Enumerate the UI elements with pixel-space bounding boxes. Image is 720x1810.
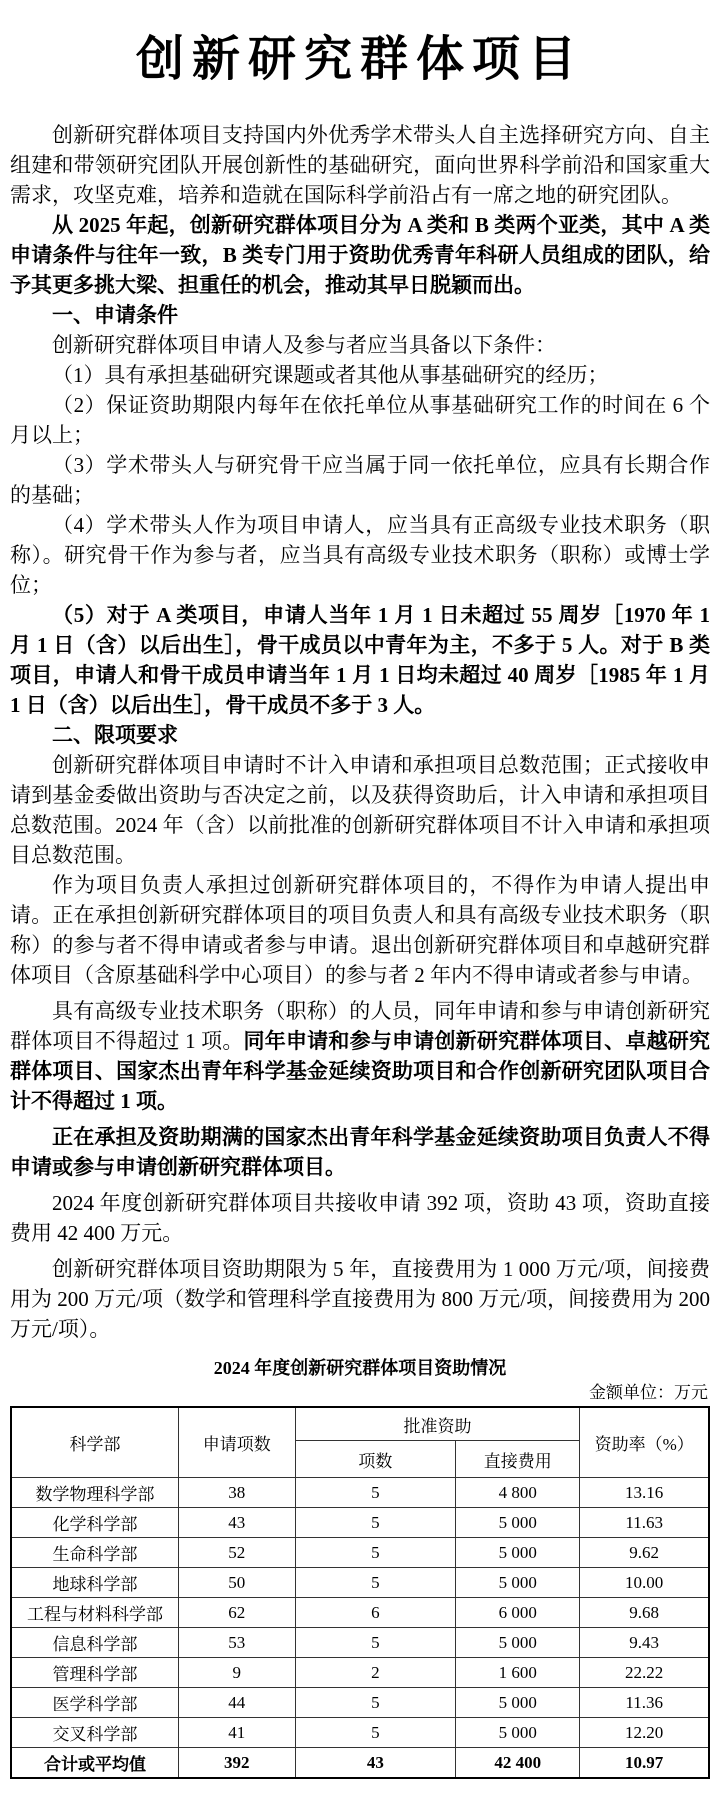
table-row: 交叉科学部 41 5 5 000 12.20 [11,1718,709,1748]
cell-applications: 43 [179,1508,296,1538]
cell-direct-cost: 42 400 [456,1748,580,1779]
table-total-row: 合计或平均值 392 43 42 400 10.97 [11,1748,709,1779]
table-row: 数学物理科学部 38 5 4 800 13.16 [11,1478,709,1508]
cell-direct-cost: 1 600 [456,1658,580,1688]
cell-applications: 392 [179,1748,296,1779]
condition-item-1: （1）具有承担基础研究课题或者其他从事基础研究的经历； [10,360,710,390]
cell-approved-count: 43 [295,1748,456,1779]
paragraph-2024-stats: 2024 年度创新研究群体项目共接收申请 392 项，资助 43 项，资助直接费… [10,1188,710,1248]
paragraph-limit-3: 具有高级专业技术职务（职称）的人员，同年申请和参与申请创新研究群体项目不得超过 … [10,996,710,1116]
cell-direct-cost: 5 000 [456,1718,580,1748]
cell-applications: 52 [179,1538,296,1568]
cell-direct-cost: 5 000 [456,1628,580,1658]
cell-approved-count: 6 [295,1598,456,1628]
cell-funding-rate: 12.20 [580,1718,709,1748]
cell-funding-rate: 11.63 [580,1508,709,1538]
cell-department: 工程与材料科学部 [11,1598,179,1628]
paragraph-conditions-intro: 创新研究群体项目申请人及参与者应当具备以下条件： [10,330,710,360]
cell-applications: 50 [179,1568,296,1598]
cell-funding-rate: 9.43 [580,1628,709,1658]
cell-direct-cost: 5 000 [456,1568,580,1598]
header-department: 科学部 [11,1407,179,1478]
table-row: 化学科学部 43 5 5 000 11.63 [11,1508,709,1538]
cell-department: 地球科学部 [11,1568,179,1598]
cell-direct-cost: 5 000 [456,1508,580,1538]
cell-direct-cost: 4 800 [456,1478,580,1508]
document-page: 创新研究群体项目 创新研究群体项目支持国内外优秀学术带头人自主选择研究方向、自主… [0,30,720,1779]
table-row: 地球科学部 50 5 5 000 10.00 [11,1568,709,1598]
cell-direct-cost: 5 000 [456,1538,580,1568]
unit-note: 金额单位：万元 [10,1380,710,1406]
cell-funding-rate: 22.22 [580,1658,709,1688]
paragraph-limit-1: 创新研究群体项目申请时不计入申请和承担项目总数范围；正式接收申请到基金委做出资助… [10,750,710,870]
condition-item-5: （5）对于 A 类项目，申请人当年 1 月 1 日未超过 55 周岁［1970 … [10,600,710,720]
paragraph-funding-terms: 创新研究群体项目资助期限为 5 年，直接费用为 1 000 万元/项，间接费用为… [10,1254,710,1344]
cell-approved-count: 5 [295,1688,456,1718]
cell-department: 交叉科学部 [11,1718,179,1748]
paragraph-limit-4: 正在承担及资助期满的国家杰出青年科学基金延续资助项目负责人不得申请或参与申请创新… [10,1122,710,1182]
cell-approved-count: 5 [295,1568,456,1598]
table-caption: 2024 年度创新研究群体项目资助情况 [10,1356,710,1380]
cell-applications: 38 [179,1478,296,1508]
paragraph-2025-change: 从 2025 年起，创新研究群体项目分为 A 类和 B 类两个亚类，其中 A 类… [10,210,710,300]
cell-applications: 53 [179,1628,296,1658]
cell-approved-count: 5 [295,1478,456,1508]
header-applications: 申请项数 [179,1407,296,1478]
cell-approved-count: 2 [295,1658,456,1688]
cell-funding-rate: 10.00 [580,1568,709,1598]
cell-department: 生命科学部 [11,1538,179,1568]
document-body: 创新研究群体项目支持国内外优秀学术带头人自主选择研究方向、自主组建和带领研究团队… [10,120,710,1344]
section-heading-application-conditions: 一、申请条件 [10,300,710,330]
cell-funding-rate: 9.68 [580,1598,709,1628]
document-title: 创新研究群体项目 [10,30,710,90]
cell-direct-cost: 5 000 [456,1688,580,1718]
paragraph-intro: 创新研究群体项目支持国内外优秀学术带头人自主选择研究方向、自主组建和带领研究团队… [10,120,710,210]
cell-applications: 41 [179,1718,296,1748]
cell-approved-count: 5 [295,1718,456,1748]
cell-applications: 62 [179,1598,296,1628]
table-row: 管理科学部 9 2 1 600 22.22 [11,1658,709,1688]
paragraph-limit-2: 作为项目负责人承担过创新研究群体项目的，不得作为申请人提出申请。正在承担创新研究… [10,870,710,990]
cell-direct-cost: 6 000 [456,1598,580,1628]
header-funding-rate: 资助率（%） [580,1407,709,1478]
header-direct-cost: 直接费用 [456,1441,580,1478]
funding-table: 科学部 申请项数 批准资助 资助率（%） 项数 直接费用 数学物理科学部 38 … [10,1406,710,1779]
cell-approved-count: 5 [295,1628,456,1658]
cell-funding-rate: 11.36 [580,1688,709,1718]
cell-funding-rate: 13.16 [580,1478,709,1508]
cell-department: 合计或平均值 [11,1748,179,1779]
cell-funding-rate: 9.62 [580,1538,709,1568]
table-body: 数学物理科学部 38 5 4 800 13.16 化学科学部 43 5 5 00… [11,1478,709,1779]
cell-approved-count: 5 [295,1508,456,1538]
cell-department: 医学科学部 [11,1688,179,1718]
table-row: 生命科学部 52 5 5 000 9.62 [11,1538,709,1568]
cell-funding-rate: 10.97 [580,1748,709,1779]
header-approved-count: 项数 [295,1441,456,1478]
cell-applications: 44 [179,1688,296,1718]
table-row: 工程与材料科学部 62 6 6 000 9.68 [11,1598,709,1628]
condition-item-2: （2）保证资助期限内每年在依托单位从事基础研究工作的时间在 6 个月以上； [10,390,710,450]
condition-item-3: （3）学术带头人与研究骨干应当属于同一依托单位，应具有长期合作的基础； [10,450,710,510]
header-approved-group: 批准资助 [295,1407,580,1441]
condition-item-4: （4）学术带头人作为项目申请人，应当具有正高级专业技术职务（职称）。研究骨干作为… [10,510,710,600]
cell-department: 数学物理科学部 [11,1478,179,1508]
section-heading-limit-requirements: 二、限项要求 [10,720,710,750]
table-row: 医学科学部 44 5 5 000 11.36 [11,1688,709,1718]
cell-department: 信息科学部 [11,1628,179,1658]
cell-department: 化学科学部 [11,1508,179,1538]
cell-approved-count: 5 [295,1538,456,1568]
cell-applications: 9 [179,1658,296,1688]
table-header: 科学部 申请项数 批准资助 资助率（%） 项数 直接费用 [11,1407,709,1478]
cell-department: 管理科学部 [11,1658,179,1688]
table-row: 信息科学部 53 5 5 000 9.43 [11,1628,709,1658]
